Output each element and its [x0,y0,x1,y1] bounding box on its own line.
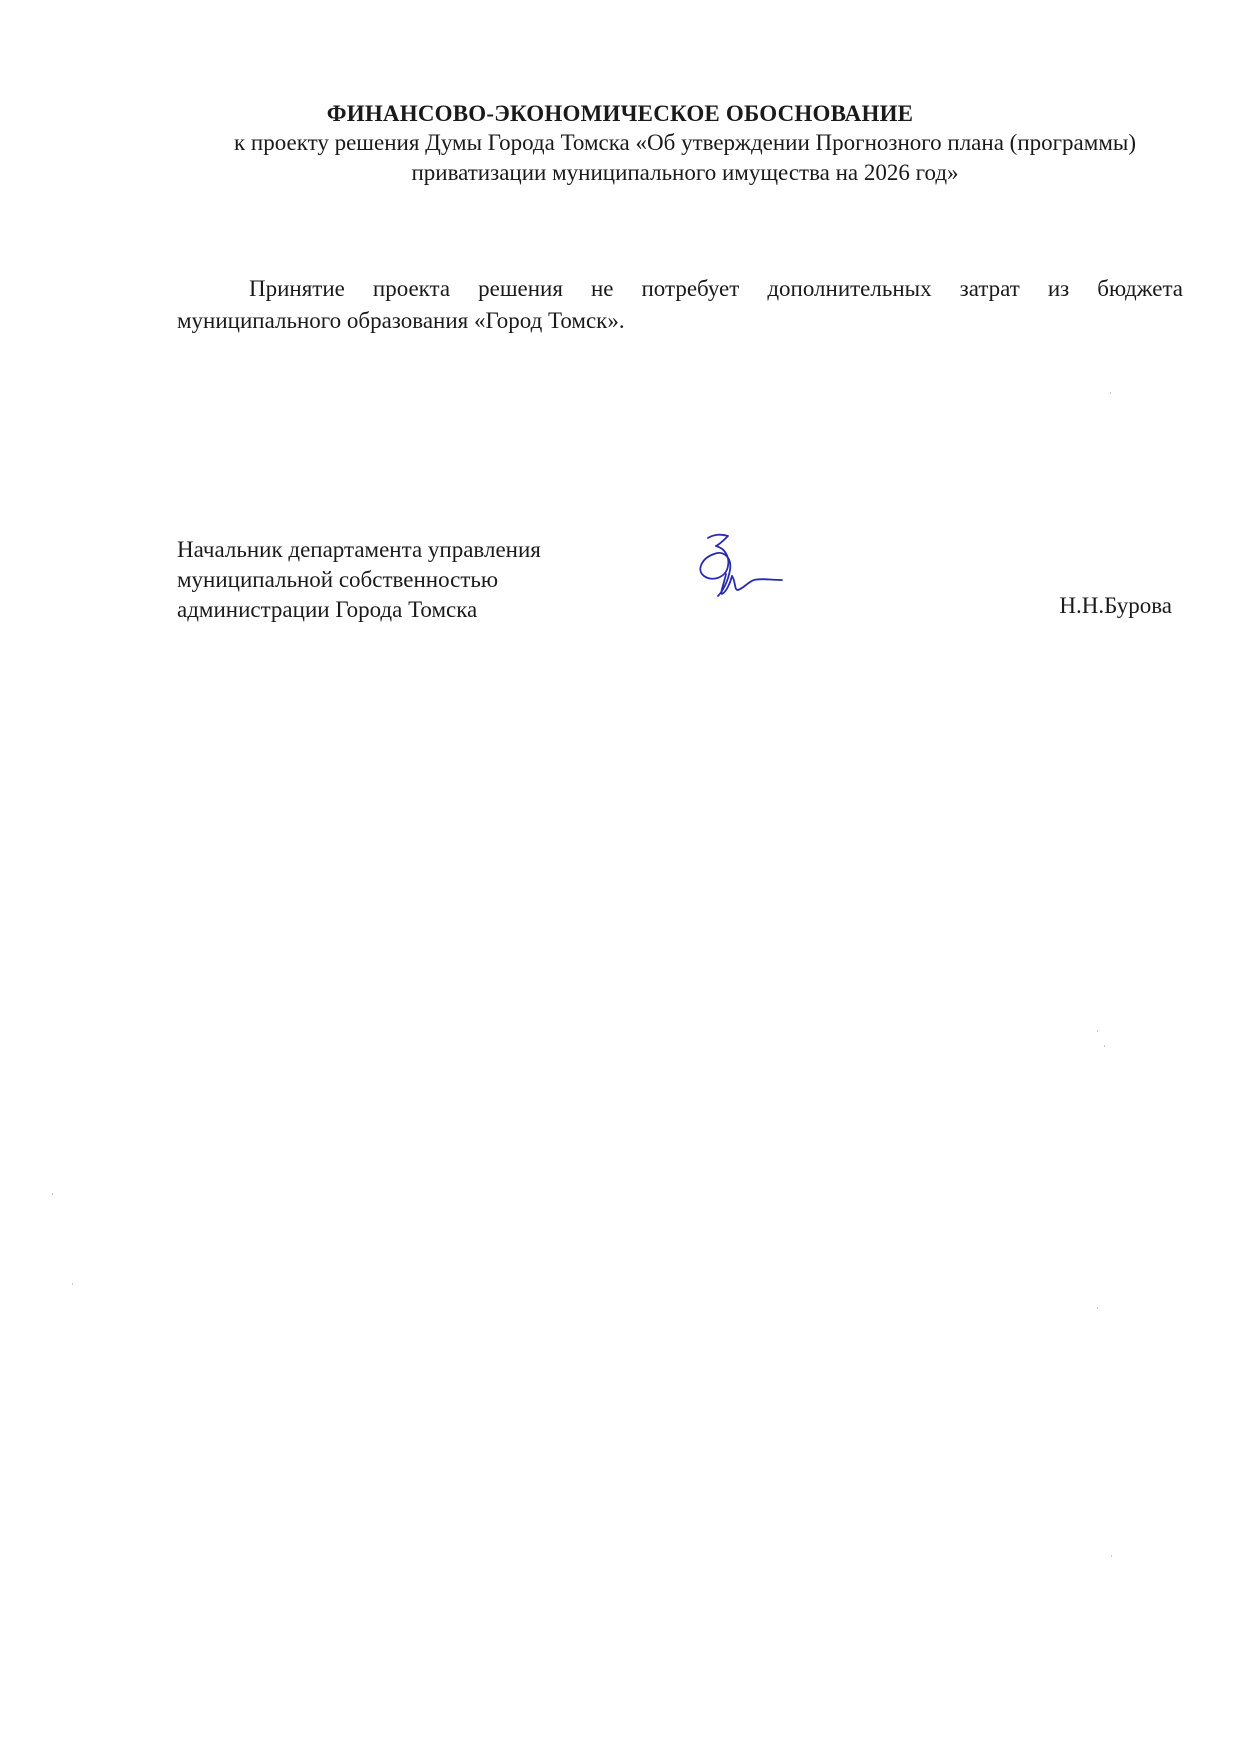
scan-speck [52,1193,53,1195]
subtitle-line: к проекту решения Думы Города Томска «Об… [160,128,1210,158]
body-paragraph: Принятие проекта решения не потребует до… [177,273,1183,337]
document-subtitle: к проекту решения Думы Города Томска «Об… [160,128,1210,188]
body-line: муниципального образования «Город Томск»… [177,305,1183,337]
scan-speck [1097,1307,1098,1309]
signer-position-line: Начальник департамента управления [177,535,541,565]
document-title: ФИНАНСОВО-ЭКОНОМИЧЕСКОЕ ОБОСНОВАНИЕ [0,100,1240,128]
scan-speck [1097,1030,1098,1032]
signer-position-line: муниципальной собственностью [177,565,541,595]
body-line: Принятие проекта решения не потребует до… [177,273,1183,305]
scan-speck [1111,1555,1112,1557]
document-page: ФИНАНСОВО-ЭКОНОМИЧЕСКОЕ ОБОСНОВАНИЕ к пр… [0,0,1240,1753]
signer-position-line: администрации Города Томска [177,595,541,625]
scan-speck [1104,1045,1105,1047]
signer-position: Начальник департамента управления муници… [177,535,541,625]
subtitle-line: приватизации муниципального имущества на… [160,158,1210,188]
scan-speck [1110,392,1111,394]
handwritten-signature-icon [690,530,790,610]
signer-name: Н.Н.Бурова [1059,591,1172,621]
scan-speck [72,1283,73,1285]
